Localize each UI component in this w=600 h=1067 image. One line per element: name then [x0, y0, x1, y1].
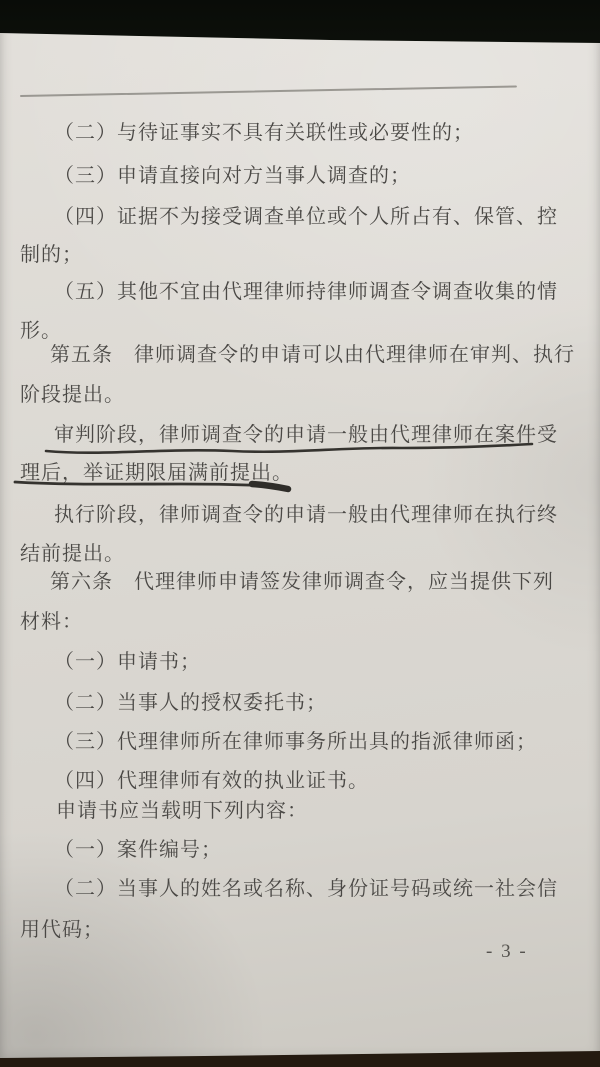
- text-line: 第五条 律师调查令的申请可以由代理律师在审判、执行: [50, 343, 575, 367]
- text-line: 用代码；: [20, 918, 104, 942]
- text-line: （四）证据不为接受调查单位或个人所占有、保管、控: [54, 205, 558, 229]
- text-line: 执行阶段，律师调查令的申请一般由代理律师在执行终: [54, 503, 558, 527]
- text-line: （四）代理律师有效的执业证书。: [54, 769, 369, 793]
- photo-of-document: （二）与待证事实不具有关联性或必要性的； （三）申请直接向对方当事人调查的； （…: [0, 0, 600, 1067]
- text-line: （一）案件编号；: [54, 838, 222, 862]
- header-rule: [20, 85, 517, 96]
- text-line: 申请书应当载明下列内容：: [56, 799, 308, 823]
- text-line: 阶段提出。: [20, 383, 125, 407]
- paper-sheet: （二）与待证事实不具有关联性或必要性的； （三）申请直接向对方当事人调查的； （…: [0, 0, 600, 1067]
- text-line-underlined: 理后，举证期限届满前提出。: [20, 461, 293, 485]
- text-line: （二）与待证事实不具有关联性或必要性的；: [54, 121, 474, 145]
- text-line: 材料：: [20, 610, 83, 634]
- text-line: （三）申请直接向对方当事人调查的；: [54, 164, 411, 188]
- text-line: 制的；: [20, 243, 83, 267]
- text-line-underlined: 审判阶段，律师调查令的申请一般由代理律师在案件受: [54, 423, 558, 447]
- text-line: 结前提出。: [20, 542, 125, 566]
- page-number: - 3 -: [486, 941, 528, 963]
- text-line: （三）代理律师所在律师事务所出具的指派律师函；: [54, 730, 537, 754]
- text-line: （二）当事人的授权委托书；: [54, 691, 327, 715]
- text-line: 形。: [20, 319, 62, 343]
- text-line: （五）其他不宜由代理律师持律师调查令调查收集的情: [54, 280, 558, 304]
- text-line: （二）当事人的姓名或名称、身份证号码或统一社会信: [54, 877, 558, 901]
- text-line: 第六条 代理律师申请签发律师调查令，应当提供下列: [50, 570, 554, 594]
- text-line: （一）申请书；: [54, 650, 201, 674]
